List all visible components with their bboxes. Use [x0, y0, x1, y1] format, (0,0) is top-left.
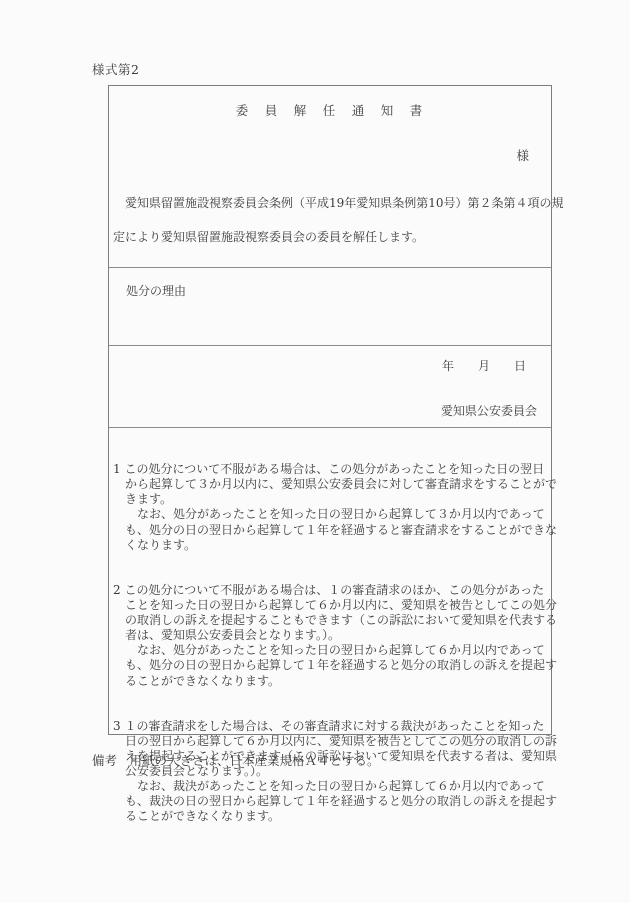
text-line: 3 １の審査請求をした場合は、その審査請求に対する裁決があったことを知った: [113, 719, 550, 734]
remarks-note: 備考 用紙の大きさは、日本産業規格Ａ４とする。: [92, 751, 380, 769]
reason-label: 処分の理由: [126, 282, 551, 299]
text-line: なお、裁決があったことを知った日の翌日から起算して６か月以内であって: [113, 779, 550, 794]
notice-body-text: 愛知県留置施設視察委員会条例（平成19年愛知県条例第10号）第２条第４項の規定に…: [113, 186, 550, 254]
addressee-honorific: 様: [516, 146, 529, 164]
text-line: も、処分の日の翌日から起算して１年を経過すると処分の取消しの訴えを提起す: [113, 658, 550, 673]
date-signature-section: 年 月 日 愛知県公安委員会: [109, 345, 551, 427]
legal-notes-section: 1 この処分について不服がある場合は、この処分があったことを知った日の翌日 から…: [109, 427, 551, 734]
form-number-label: 様式第2: [92, 60, 139, 78]
appeal-note-item-2: 2 この処分について不服がある場合は、１の審査請求のほか、この処分があった こと…: [113, 583, 550, 689]
text-line: の取消しの訴えを提起することもできます（この訴訟において愛知県を代表する: [113, 613, 550, 628]
document-title: 委 員 解 任 通 知 書: [109, 101, 551, 119]
text-line: 1 この処分について不服がある場合は、この処分があったことを知った日の翌日: [113, 462, 550, 477]
text-line: くなります。: [113, 538, 550, 553]
text-line: なお、処分があったことを知った日の翌日から起算して３か月以内であって: [113, 507, 550, 522]
text-line: 定により愛知県留置施設視察委員会の委員を解任します。: [113, 220, 550, 254]
date-line: 年 月 日: [442, 357, 526, 374]
reason-section: 処分の理由: [109, 267, 551, 345]
header-section: 委 員 解 任 通 知 書 様 愛知県留置施設視察委員会条例（平成19年愛知県条…: [109, 86, 551, 267]
appeal-note-item-1: 1 この処分について不服がある場合は、この処分があったことを知った日の翌日 から…: [113, 462, 550, 553]
appeal-note-item-3: 3 １の審査請求をした場合は、その審査請求に対する裁決があったことを知った 日の…: [113, 719, 550, 825]
text-line: から起算して３か月以内に、愛知県公安委員会に対して審査請求をすることがで: [113, 477, 550, 492]
text-line: も、裁決の日の翌日から起算して１年を経過すると処分の取消しの訴えを提起す: [113, 794, 550, 809]
text-line: ることができなくなります。: [113, 809, 550, 824]
text-line: ることができなくなります。: [113, 674, 550, 689]
text-line: 2 この処分について不服がある場合は、１の審査請求のほか、この処分があった: [113, 583, 550, 598]
text-line: きます。: [113, 492, 550, 507]
text-line: も、処分の日の翌日から起算して１年を経過すると審査請求をすることができな: [113, 523, 550, 538]
text-line: 者は、愛知県公安委員会となります。）。: [113, 628, 550, 643]
text-line: 日の翌日から起算して６か月以内に、愛知県を被告としてこの処分の取消しの訴: [113, 734, 550, 749]
text-line: 愛知県留置施設視察委員会条例（平成19年愛知県条例第10号）第２条第４項の規: [113, 186, 550, 220]
text-line: なお、処分があったことを知った日の翌日から起算して６か月以内であって: [113, 643, 550, 658]
issuer-name: 愛知県公安委員会: [441, 402, 537, 419]
notice-box: 委 員 解 任 通 知 書 様 愛知県留置施設視察委員会条例（平成19年愛知県条…: [108, 85, 552, 735]
document-page: 様式第2 委 員 解 任 通 知 書 様 愛知県留置施設視察委員会条例（平成19…: [0, 0, 630, 903]
text-line: ことを知った日の翌日から起算して６か月以内に、愛知県を被告としてこの処分: [113, 598, 550, 613]
legal-notes: 1 この処分について不服がある場合は、この処分があったことを知った日の翌日 から…: [109, 428, 551, 855]
